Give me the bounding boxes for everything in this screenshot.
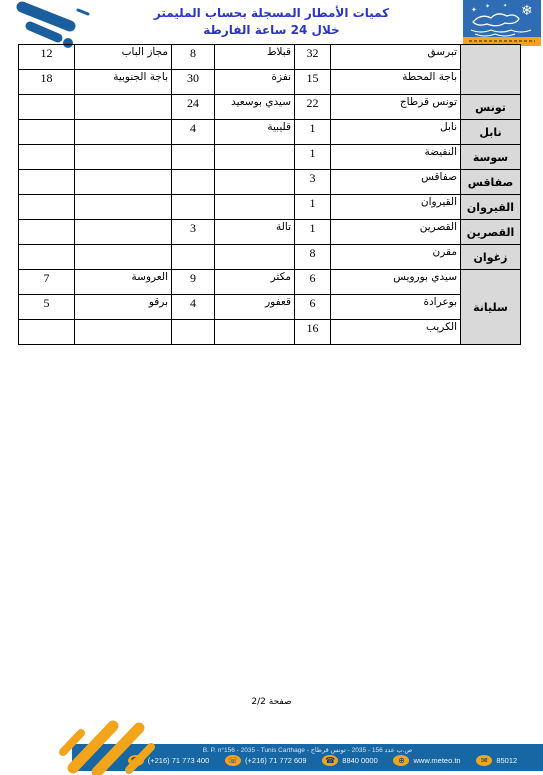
rain-value: 8	[295, 245, 331, 270]
region-cell-nabeul: نابل	[461, 120, 521, 145]
rain-value: 12	[19, 45, 75, 70]
region-cell-sousse: سوسة	[461, 145, 521, 170]
rain-value: 22	[295, 95, 331, 120]
rain-value: 7	[19, 270, 75, 295]
rain-value: 6	[295, 270, 331, 295]
rain-value: 3	[295, 170, 331, 195]
station-name	[75, 120, 172, 145]
rain-value	[19, 320, 75, 345]
table-row: تبرسق 32 قبلاط 8 مجاز الباب 12	[19, 45, 521, 70]
station-name	[75, 145, 172, 170]
station-name: بوعرادة	[331, 295, 461, 320]
station-name: الكريب	[331, 320, 461, 345]
rain-value: 16	[295, 320, 331, 345]
station-name: صفاقس	[331, 170, 461, 195]
footer-bar: B. P. n°156 - 2035 - Tunis Carthage - ص.…	[72, 744, 543, 771]
svg-text:❄: ❄	[521, 3, 533, 19]
rain-value: 3	[172, 220, 215, 245]
table-row: نابل نابل 1 قليبية 4	[19, 120, 521, 145]
rain-value	[19, 95, 75, 120]
rain-value: 4	[172, 120, 215, 145]
station-name: تونس قرطاج	[331, 95, 461, 120]
rain-value: 5	[19, 295, 75, 320]
region-cell-siliana: سليانة	[461, 270, 521, 345]
rain-value	[19, 220, 75, 245]
station-name	[75, 245, 172, 270]
rain-value	[19, 120, 75, 145]
station-name: باجة الجنوبية	[75, 70, 172, 95]
station-name	[75, 170, 172, 195]
station-name	[215, 320, 295, 345]
station-name: برقو	[75, 295, 172, 320]
footer-postal-code: ✉ 85012	[476, 755, 517, 766]
footer-call-center: ☎ 8840 0000	[322, 755, 377, 766]
table-row: القيروان القيروان 1	[19, 195, 521, 220]
rain-value: 32	[295, 45, 331, 70]
station-name	[215, 145, 295, 170]
rain-value	[19, 195, 75, 220]
station-name: نفزة	[215, 70, 295, 95]
rain-value: 1	[295, 145, 331, 170]
table-row: الكريب 16	[19, 320, 521, 345]
phone-icon: ☎	[128, 755, 144, 766]
station-name: قليبية	[215, 120, 295, 145]
call-center-number: 8840 0000	[342, 756, 377, 765]
rain-value	[172, 320, 215, 345]
table-row: زغوان مقرن 8	[19, 245, 521, 270]
station-name	[75, 95, 172, 120]
title-line-1: كميات الأمطار المسجلة بحساب المليمتر	[0, 5, 543, 22]
svg-text:✦: ✦	[485, 3, 490, 10]
table-row: سليانة سيدي بورويس 6 مكثر 9 العروسة 7	[19, 270, 521, 295]
station-name: نابل	[331, 120, 461, 145]
station-name: مكثر	[215, 270, 295, 295]
rain-value: 15	[295, 70, 331, 95]
rain-value	[172, 195, 215, 220]
station-name	[75, 220, 172, 245]
rainfall-table: تبرسق 32 قبلاط 8 مجاز الباب 12 باجة المح…	[18, 44, 521, 345]
station-name: القيروان	[331, 195, 461, 220]
fax-icon: ☏	[225, 755, 241, 766]
table-row: القصرين القصرين 1 تالة 3	[19, 220, 521, 245]
rain-value: 4	[172, 295, 215, 320]
fax-number: (+216) 71 772 609	[245, 756, 307, 765]
station-name	[215, 245, 295, 270]
station-name: قبلاط	[215, 45, 295, 70]
region-cell-kairouan: القيروان	[461, 195, 521, 220]
table-row: بوعرادة 6 قعفور 4 برقو 5	[19, 295, 521, 320]
mail-icon: ✉	[476, 755, 492, 766]
station-name: مجاز الباب	[75, 45, 172, 70]
table-row: صفاقس صفاقس 3	[19, 170, 521, 195]
station-name: العروسة	[75, 270, 172, 295]
rain-value: 1	[295, 195, 331, 220]
station-name: قعفور	[215, 295, 295, 320]
rain-value	[19, 170, 75, 195]
page-number: صفحة 2/2	[0, 697, 543, 707]
meteorology-institute-emblem-icon: ❄ ✦ ✦ ✦	[463, 0, 541, 46]
table-row: سوسة النفيضة 1	[19, 145, 521, 170]
station-name: تبرسق	[331, 45, 461, 70]
rain-value: 8	[172, 45, 215, 70]
station-name: سيدي بوسعيد	[215, 95, 295, 120]
footer-contacts: ☎ (+216) 71 773 400 ☏ (+216) 71 772 609 …	[72, 754, 543, 766]
svg-text:✦: ✦	[503, 3, 507, 9]
footer-phone-1: ☎ (+216) 71 773 400	[128, 755, 210, 766]
rain-value: 1	[295, 220, 331, 245]
rain-value: 30	[172, 70, 215, 95]
region-cell-sfax: صفاقس	[461, 170, 521, 195]
rain-value: 9	[172, 270, 215, 295]
station-name: باجة المحطة	[331, 70, 461, 95]
phone-1-number: (+216) 71 773 400	[148, 756, 210, 765]
rain-value	[19, 245, 75, 270]
rain-value: 18	[19, 70, 75, 95]
station-name: تالة	[215, 220, 295, 245]
footer-website: ⊕ www.meteo.tn	[393, 755, 460, 766]
table-row: باجة المحطة 15 نفزة 30 باجة الجنوبية 18	[19, 70, 521, 95]
rain-value: 1	[295, 120, 331, 145]
title-line-2: خلال 24 ساعة الفارطة	[0, 22, 543, 39]
globe-icon: ⊕	[393, 755, 409, 766]
region-cell-kasserine: القصرين	[461, 220, 521, 245]
rain-value	[172, 170, 215, 195]
footer-fax: ☏ (+216) 71 772 609	[225, 755, 307, 766]
station-name	[75, 320, 172, 345]
station-name: النفيضة	[331, 145, 461, 170]
svg-text:✦: ✦	[471, 6, 477, 14]
station-name: مقرن	[331, 245, 461, 270]
rain-value	[172, 145, 215, 170]
table-row: تونس تونس قرطاج 22 سيدي بوسعيد 24	[19, 95, 521, 120]
call-center-icon: ☎	[322, 755, 338, 766]
rain-value	[19, 145, 75, 170]
station-name: القصرين	[331, 220, 461, 245]
footer-address: B. P. n°156 - 2035 - Tunis Carthage - ص.…	[72, 744, 543, 754]
station-name: سيدي بورويس	[331, 270, 461, 295]
postal-code: 85012	[496, 756, 517, 765]
rain-value: 6	[295, 295, 331, 320]
rain-value	[172, 245, 215, 270]
region-cell-zaghouan: زغوان	[461, 245, 521, 270]
website-url: www.meteo.tn	[413, 756, 460, 765]
station-name	[215, 195, 295, 220]
region-cell-tunis: تونس	[461, 95, 521, 120]
station-name	[75, 195, 172, 220]
region-cell	[461, 45, 521, 95]
rain-value: 24	[172, 95, 215, 120]
station-name	[215, 170, 295, 195]
page-title: كميات الأمطار المسجلة بحساب المليمتر خلا…	[0, 5, 543, 40]
